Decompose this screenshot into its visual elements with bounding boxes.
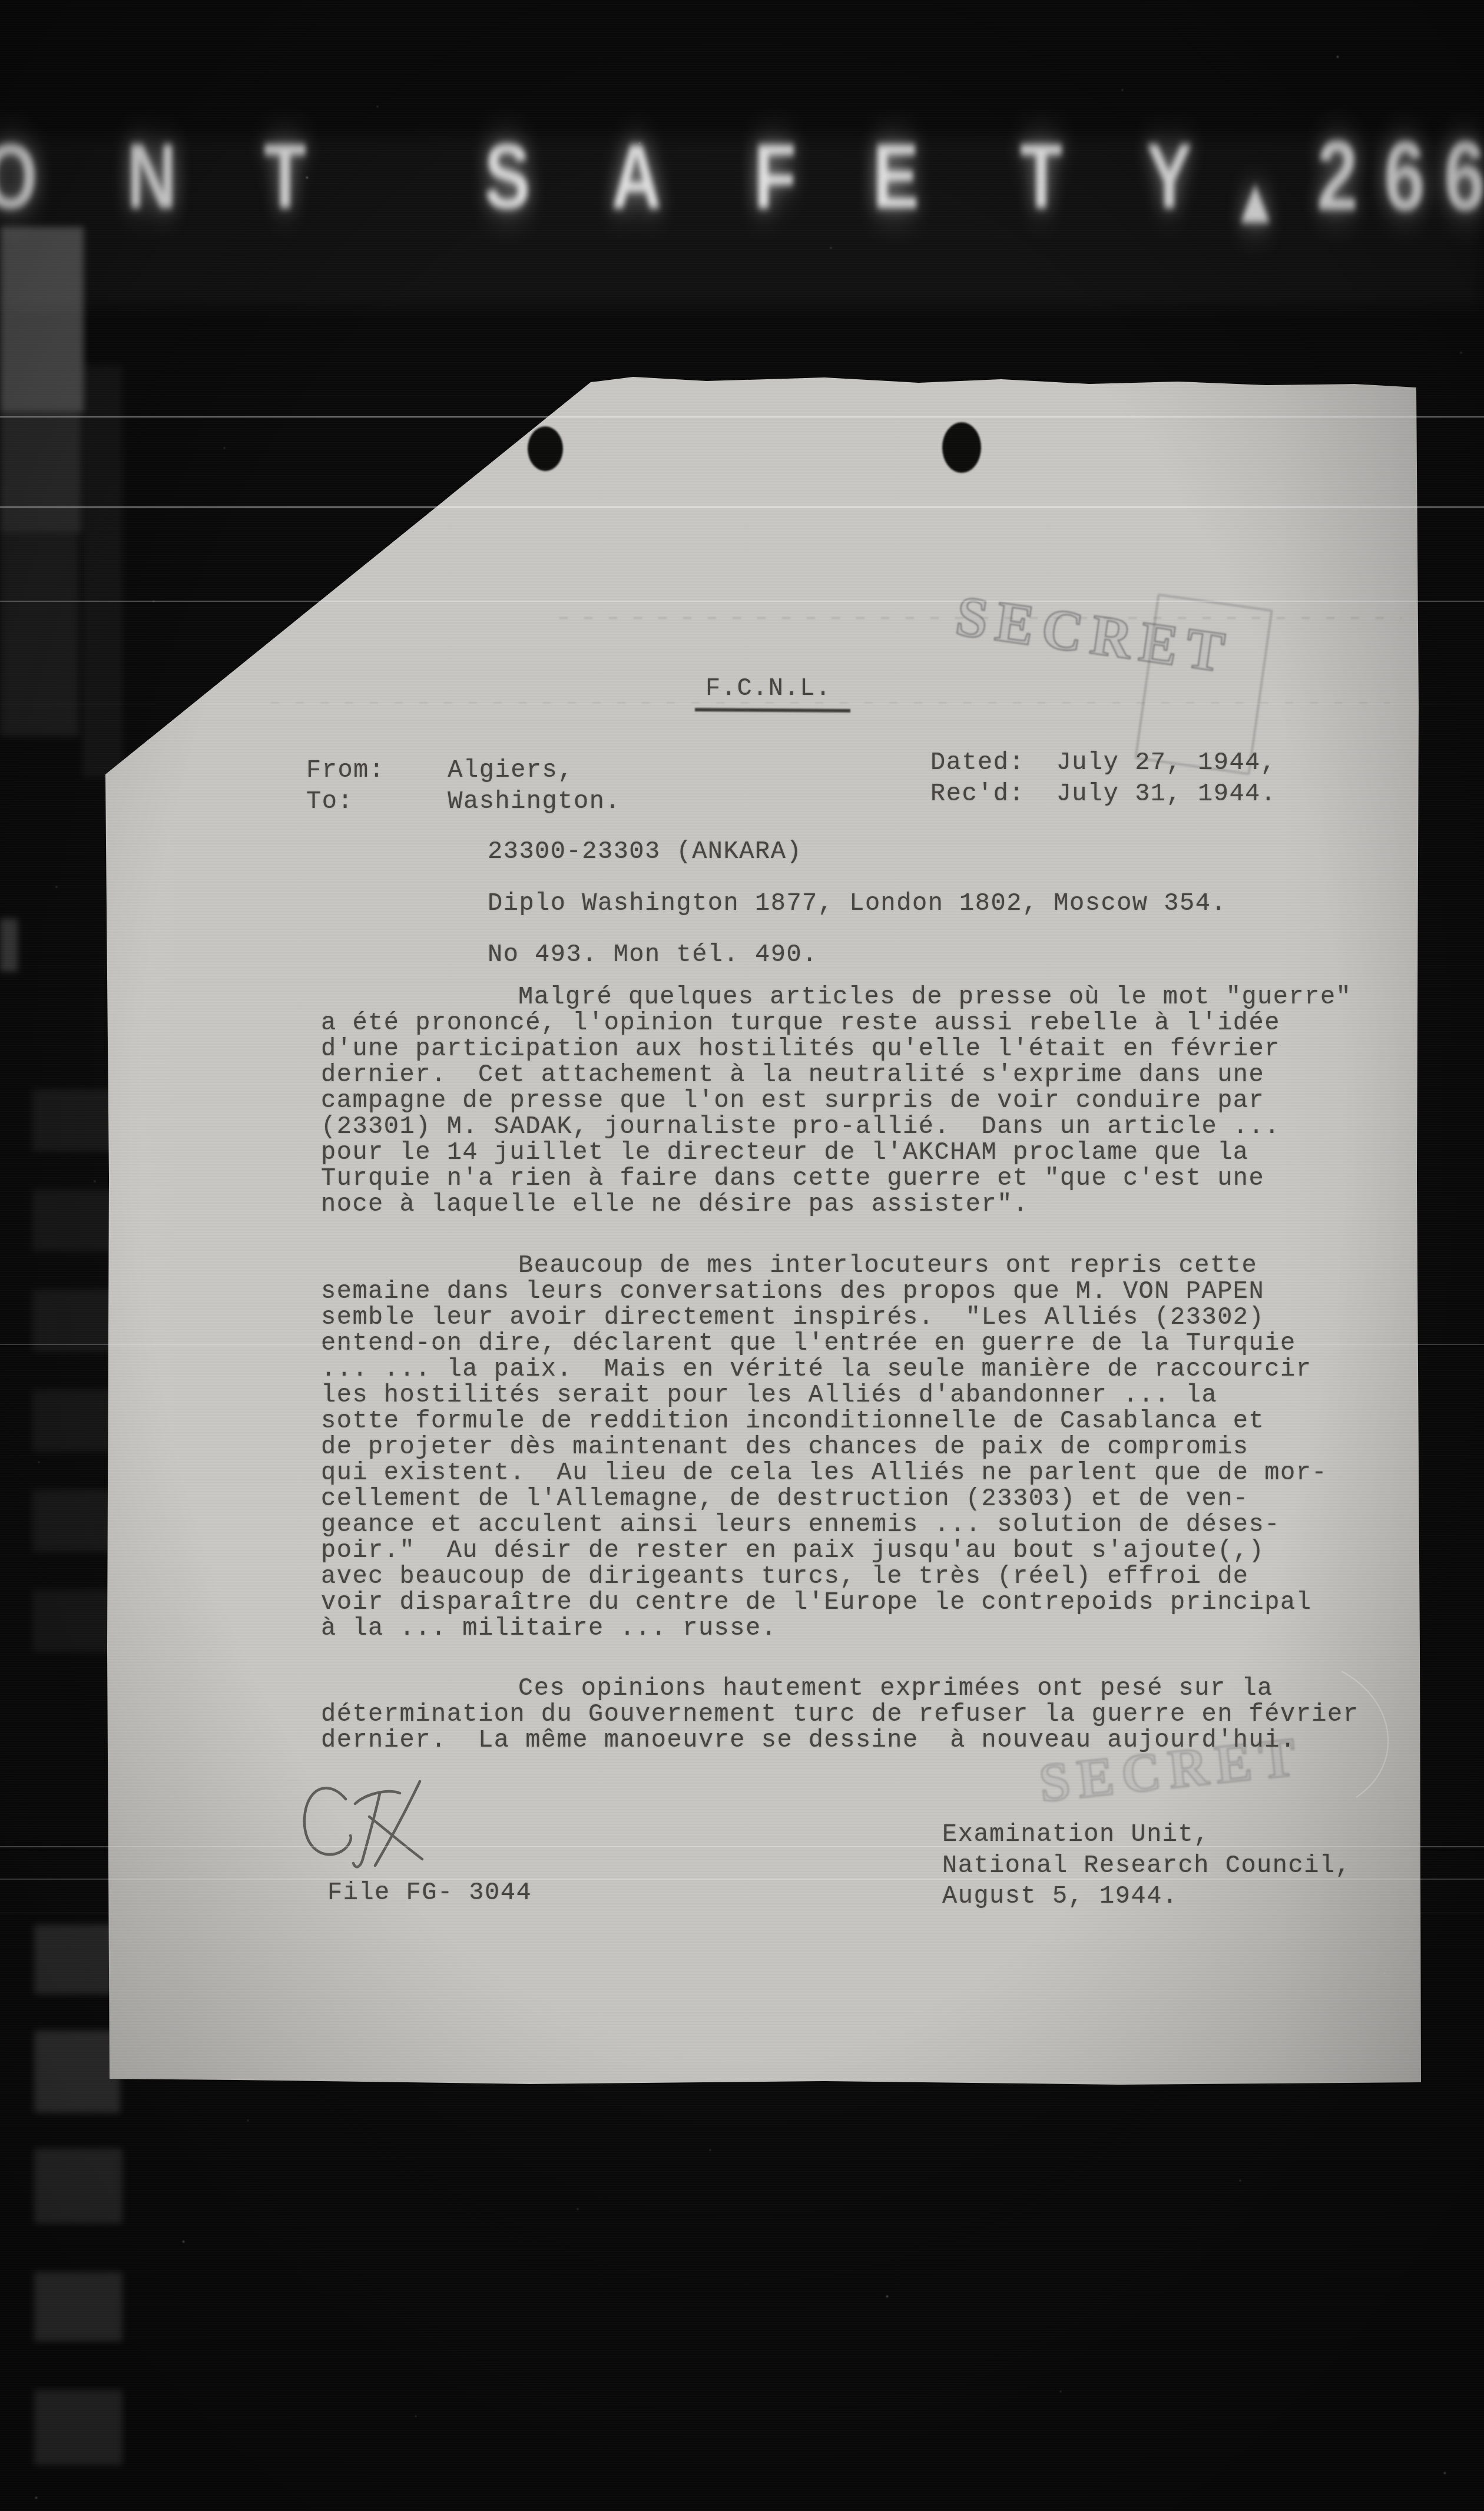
left-film-bar xyxy=(32,1190,121,1251)
film-speck xyxy=(306,177,308,178)
typed-line: Malgré quelques articles de presse où le… xyxy=(518,984,1351,1010)
handwritten-initials xyxy=(297,1770,445,1873)
typed-line: avec beaucoup de dirigeants turcs, le tr… xyxy=(321,1563,1249,1589)
typed-line: Diplo Washington 1877, London 1802, Mosc… xyxy=(488,890,1227,916)
left-film-bar xyxy=(32,1490,121,1552)
film-speck xyxy=(56,886,57,887)
film-edge-letter: S xyxy=(484,124,531,230)
film-speck xyxy=(639,143,640,144)
typed-line: campagne de presse que l'on est surpris … xyxy=(321,1088,1264,1114)
typed-line: détermination du Gouvernement turc de re… xyxy=(321,1701,1359,1727)
typed-line: à la ... militaire ... russe. xyxy=(321,1615,777,1641)
typed-line: noce à laquelle elle ne désire pas assis… xyxy=(321,1191,1029,1217)
typed-line: dernier. La même manoeuvre se dessine à … xyxy=(321,1727,1296,1753)
left-film-bar xyxy=(32,1390,121,1452)
film-speck xyxy=(830,247,832,249)
scratch-line xyxy=(0,506,1484,508)
scratch-line xyxy=(0,1913,1484,1913)
hole-punch xyxy=(942,422,981,473)
film-speck xyxy=(1231,1443,1232,1444)
left-film-bar xyxy=(0,919,18,972)
left-film-bar xyxy=(34,2390,122,2465)
typed-line: sotte formule de reddition inconditionne… xyxy=(321,1408,1264,1434)
typed-line: entend-on dire, déclarent que l'entrée e… xyxy=(321,1330,1296,1356)
typed-line: No 493. Mon tél. 490. xyxy=(488,942,818,968)
film-edge-letter: F xyxy=(754,124,796,230)
typed-line: ... ... la paix. Mais en vérité la seule… xyxy=(321,1356,1311,1382)
typed-line: Rec'd: July 31, 1944. xyxy=(930,781,1277,807)
film-edge-letter: A xyxy=(611,124,661,230)
left-film-bar xyxy=(34,2030,120,2113)
film-speck xyxy=(153,601,154,602)
film-speck xyxy=(1444,2472,1446,2474)
typed-line: Beaucoup de mes interlocuteurs ont repri… xyxy=(518,1253,1257,1278)
faint-platen-line xyxy=(559,617,1402,619)
film-edge-letter: O xyxy=(0,124,38,230)
typed-line: (23301) M. SADAK, journaliste pro-allié.… xyxy=(321,1114,1280,1139)
left-film-bar xyxy=(34,2148,122,2224)
film-edge-letter: 6 xyxy=(1384,120,1425,232)
typed-line: poir." Au désir de rester en paix jusqu'… xyxy=(321,1538,1264,1563)
left-film-bar xyxy=(32,1089,121,1151)
scratch-line xyxy=(0,1879,1484,1880)
typed-line: National Research Council, xyxy=(942,1853,1351,1879)
film-edge-letter: 2 xyxy=(1317,120,1358,232)
film-speck xyxy=(1337,56,1339,58)
scratch-line xyxy=(0,416,1484,418)
scratch-line xyxy=(0,1344,1484,1345)
typed-line: Dated: July 27, 1944, xyxy=(930,750,1277,776)
film-speck xyxy=(1460,352,1462,353)
typed-line: semble leur avoir directement inspirés. … xyxy=(321,1304,1264,1330)
film-speck xyxy=(377,106,378,107)
film-speck xyxy=(94,1181,95,1182)
film-edge-letter: E xyxy=(873,124,919,230)
left-film-bar xyxy=(34,1924,121,1994)
typed-line: cellement de l'Allemagne, de destruction… xyxy=(321,1486,1249,1512)
microfilm-scan: { "film": { "edge_text_label": "film-edg… xyxy=(0,0,1484,2511)
film-speck xyxy=(886,2295,888,2297)
typed-line: qui existent. Au lieu de cela les Alliés… xyxy=(321,1460,1327,1486)
arc-scratch xyxy=(1324,1667,1442,1802)
typed-line: les hostilités serait pour les Alliés d'… xyxy=(321,1382,1217,1408)
left-film-bar xyxy=(34,2272,122,2341)
film-edge-letter: N xyxy=(127,124,177,230)
left-film-bar xyxy=(0,412,81,533)
typed-line: dernier. Cet attachement à la neutralité… xyxy=(321,1062,1264,1088)
typed-line: a été prononcé, l'opinion turque reste a… xyxy=(321,1010,1280,1036)
scratch-line xyxy=(0,601,1484,602)
film-speck xyxy=(1384,1973,1385,1974)
film-speck xyxy=(710,2149,711,2151)
film-speck xyxy=(183,2241,184,2242)
scratch-line xyxy=(0,1846,1484,1847)
left-film-bar xyxy=(0,227,84,412)
film-edge-letter: Y xyxy=(1146,124,1192,230)
film-speck xyxy=(38,1462,39,1463)
film-speck xyxy=(224,448,225,449)
typed-line: File FG- 3044 xyxy=(327,1880,532,1906)
typed-line: geance et acculent ainsi leurs ennemis .… xyxy=(321,1512,1280,1538)
typed-line: d'une participation aux hostilités qu'el… xyxy=(321,1036,1280,1062)
typed-line: Turquie n'a rien à faire dans cette guer… xyxy=(321,1165,1264,1191)
film-speck xyxy=(35,2497,37,2499)
film-edge-letter: T xyxy=(1020,124,1062,230)
film-edge-letter: ▲ xyxy=(1231,163,1280,238)
film-speck xyxy=(1060,2391,1061,2392)
left-film-bar xyxy=(32,1290,121,1351)
film-speck xyxy=(1240,2180,1241,2181)
left-film-bar xyxy=(82,365,122,777)
typed-line: de projeter dès maintenant des chances d… xyxy=(321,1434,1249,1460)
scratch-line xyxy=(0,704,1484,704)
film-edge-letter: 6 xyxy=(1444,120,1484,232)
film-speck xyxy=(577,2208,578,2209)
film-speck xyxy=(745,795,746,796)
typed-line: semaine dans leurs conversations des pro… xyxy=(321,1278,1264,1304)
typed-line: Ces opinions hautement exprimées ont pes… xyxy=(518,1675,1273,1701)
film-edge-letter: T xyxy=(264,124,306,230)
hole-punch xyxy=(528,426,563,471)
left-film-bar xyxy=(0,533,79,736)
typed-line: August 5, 1944. xyxy=(942,1883,1178,1909)
typed-line: 23300-23303 (ANKARA) xyxy=(488,839,802,864)
film-speck xyxy=(247,2120,249,2121)
typed-line: pour le 14 juillet le directeur de l'AKC… xyxy=(321,1139,1249,1165)
typed-line: voir disparaître du centre de l'Europe l… xyxy=(321,1589,1311,1615)
typed-line: From: Algiers, xyxy=(306,757,574,783)
typed-line: To: Washington. xyxy=(306,789,621,814)
typed-line: F.C.N.L. xyxy=(705,675,832,701)
film-speck xyxy=(1122,90,1123,91)
typed-line: Examination Unit, xyxy=(942,1821,1210,1847)
film-speck xyxy=(415,2416,416,2417)
